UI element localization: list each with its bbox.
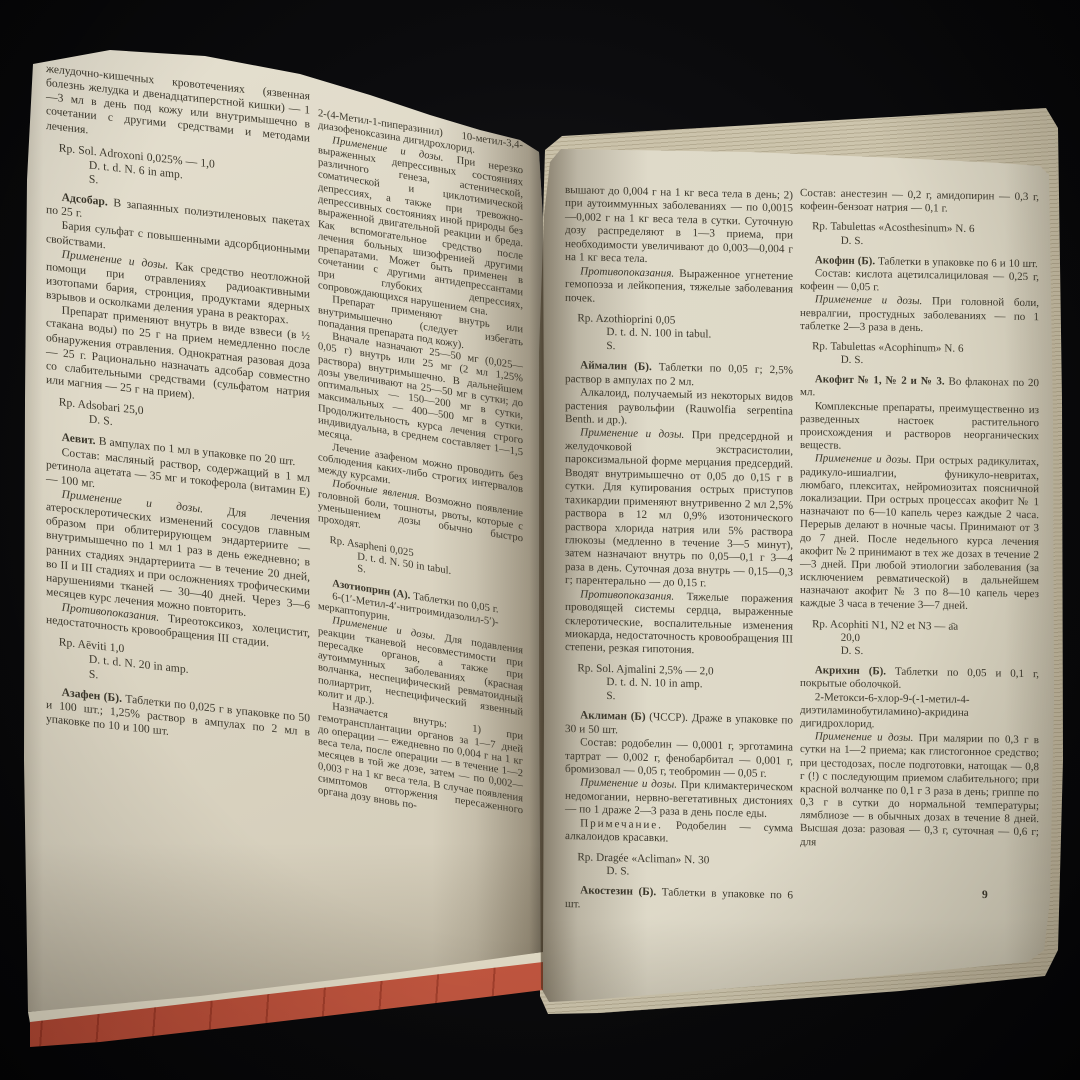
photo-vignette	[0, 0, 1080, 1080]
book-photo: желудочно-кишечных кровотечениях (язвенн…	[0, 0, 1080, 1080]
